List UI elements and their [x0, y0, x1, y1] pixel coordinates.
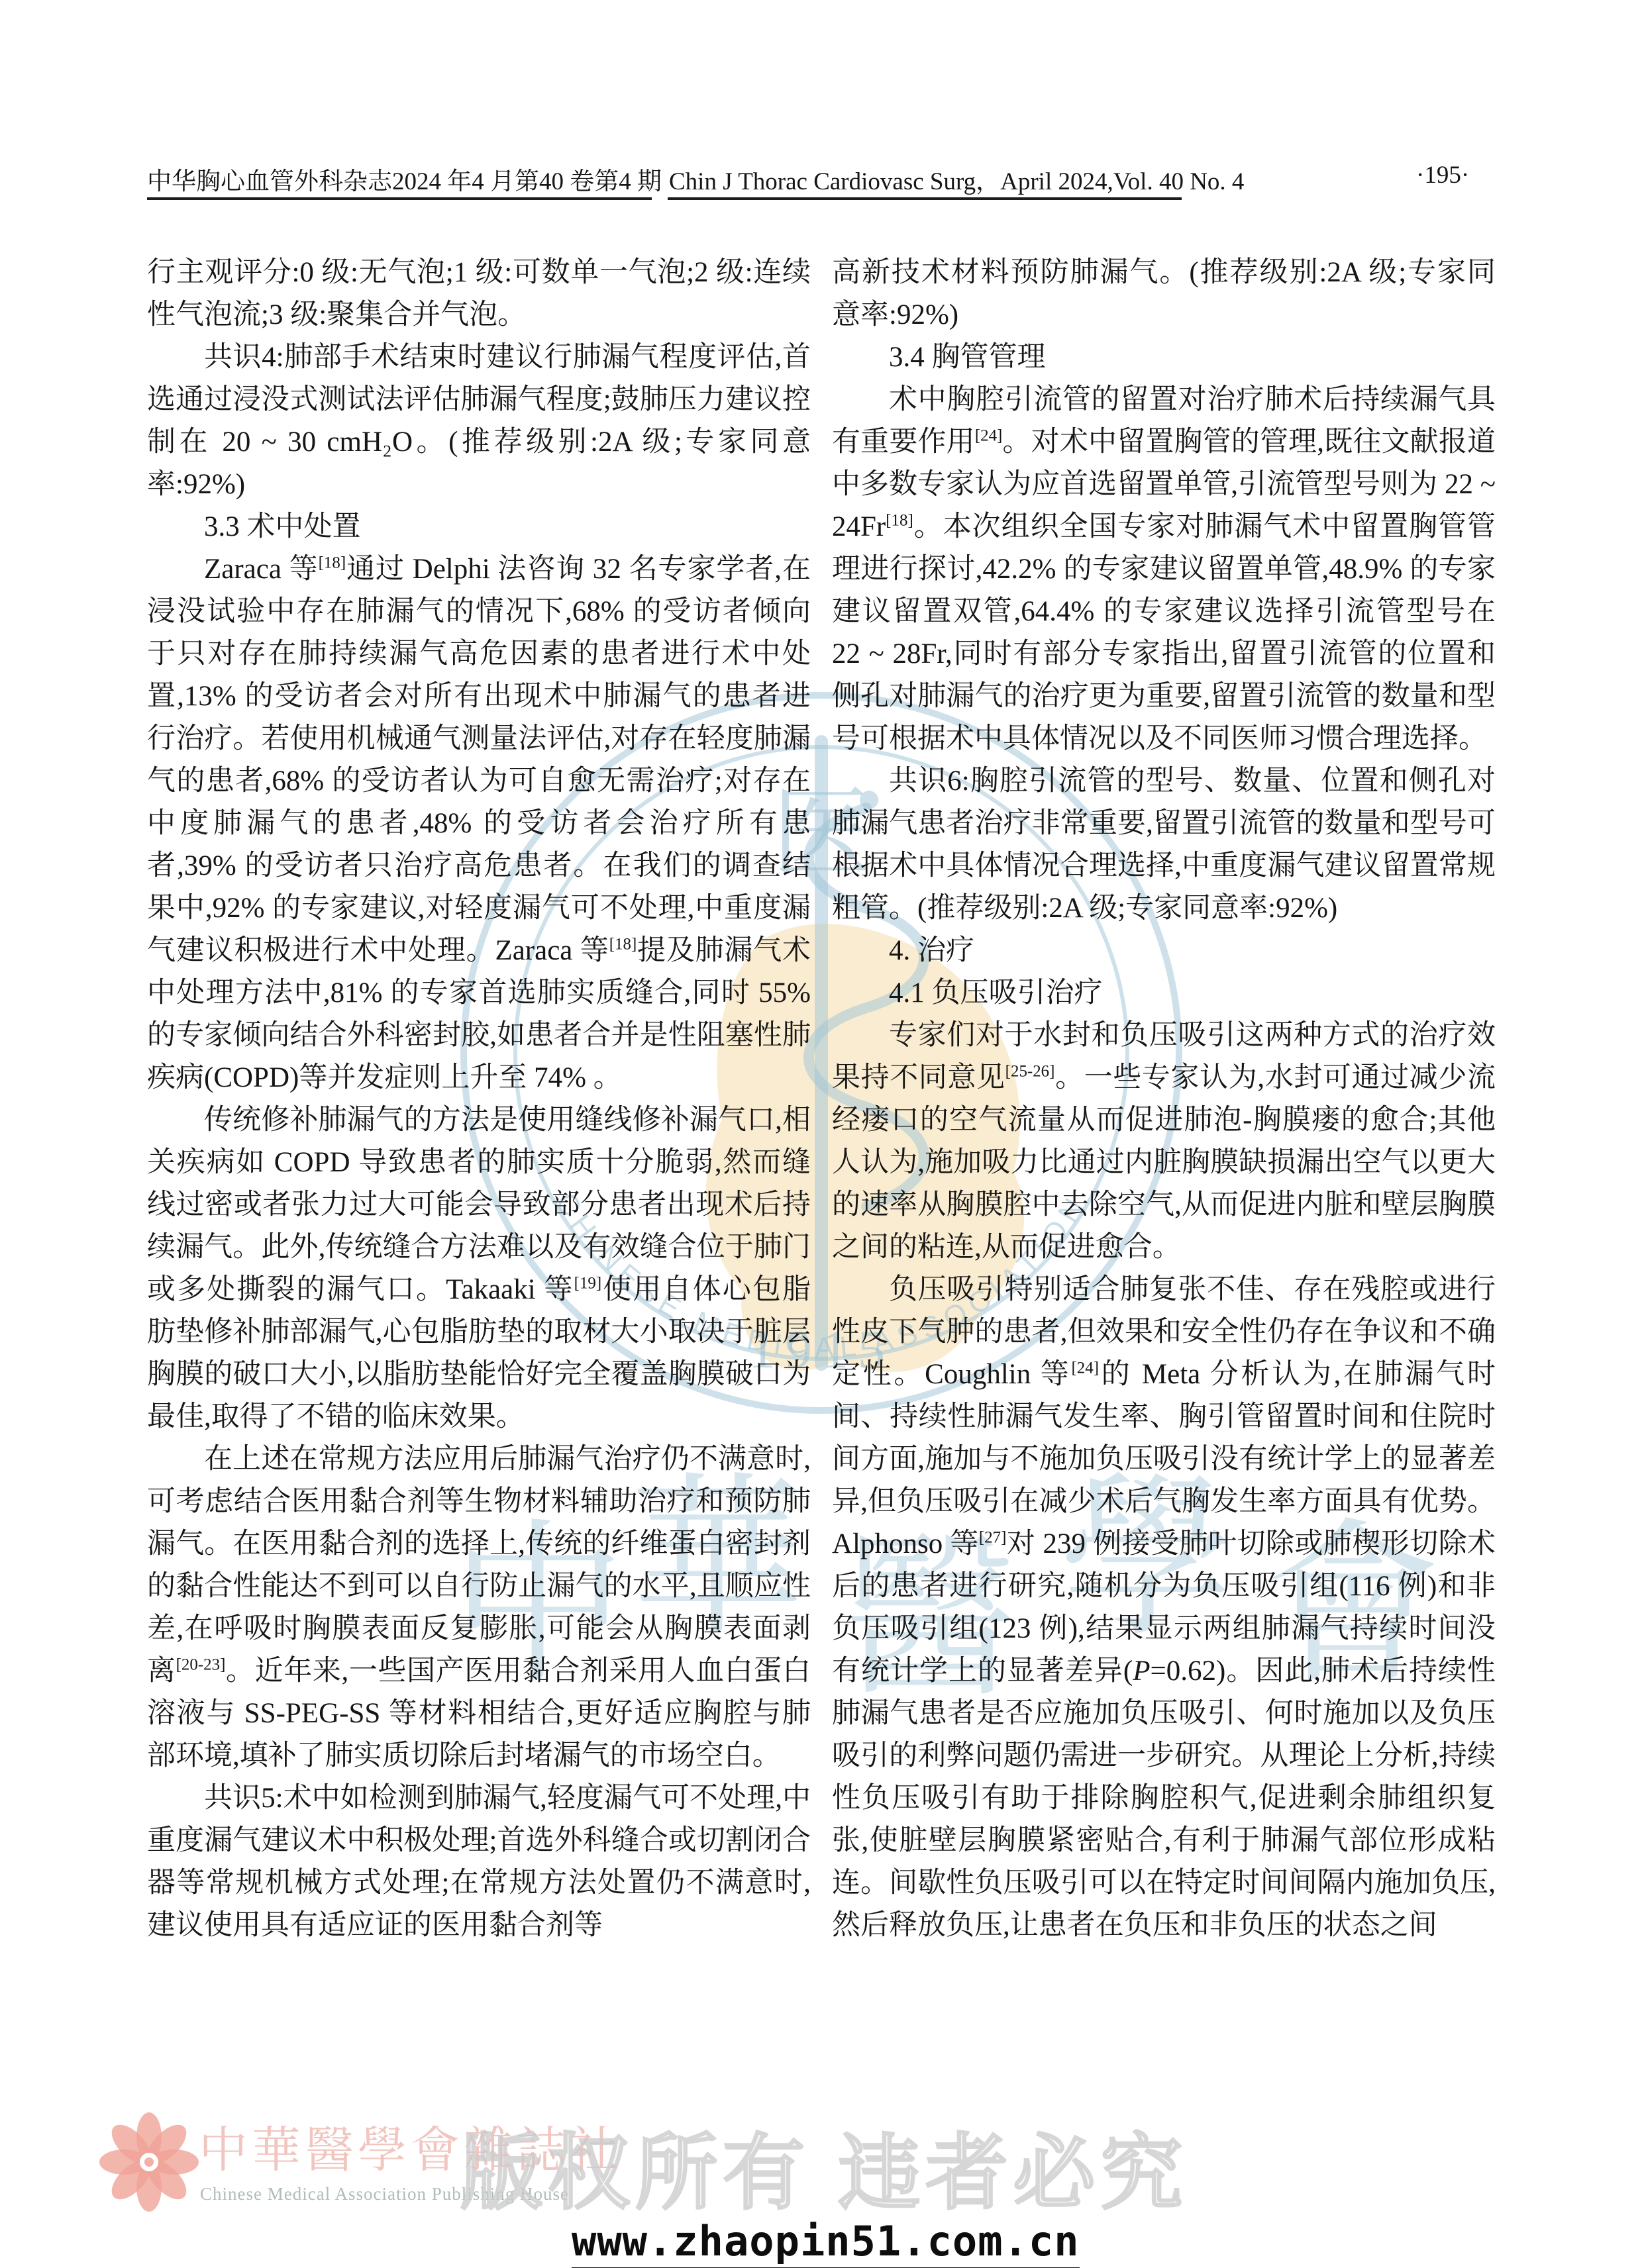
article-column-right: 高新技术材料预防肺漏气。(推荐级别:2A 级;专家同意率:92%)3.4 胸管管… — [832, 252, 1496, 1947]
article-column-left: 行主观评分:0 级:无气泡;1 级:可数单一气泡;2 级:连续性气泡流;3 级:… — [147, 252, 811, 1947]
paragraph: 共识5:术中如检测到肺漏气,轻度漏气可不处理,中重度漏气建议术中积极处理;首选外… — [147, 1777, 811, 1947]
paragraph: 4.1 负压吸引治疗 — [832, 972, 1496, 1014]
paragraph: 共识6:胸腔引流管的型号、数量、位置和侧孔对肺漏气患者治疗非常重要,留置引流管的… — [832, 760, 1496, 930]
paragraph: 专家们对于水封和负压吸引这两种方式的治疗效果持不同意见[25-26]。一些专家认… — [832, 1014, 1496, 1269]
header-rule-left — [147, 197, 652, 200]
reference-superscript: [19] — [574, 1275, 602, 1293]
paragraph: 在上述在常规方法应用后肺漏气治疗仍不满意时,可考虑结合医用黏合剂等生物材料辅助治… — [147, 1438, 811, 1777]
paragraph: 术中胸腔引流管的留置对治疗肺术后持续漏气具有重要作用[24]。对术中留置胸管的管… — [832, 379, 1496, 760]
paragraph: 负压吸引特别适合肺复张不佳、存在残腔或进行性皮下气肿的患者,但效果和安全性仍存在… — [832, 1269, 1496, 1947]
publisher-logo — [99, 2106, 199, 2218]
staff-snake-icon — [815, 735, 828, 1371]
paragraph: 3.4 胸管管理 — [832, 336, 1496, 379]
journal-title-cn: 中华胸心血管外科杂志2024 年4 月第40 卷第4 期 — [147, 161, 662, 197]
reference-superscript: [27] — [979, 1529, 1007, 1547]
journal-title-en: Chin J Thorac Cardiovasc Surg，April 2024… — [669, 161, 1244, 197]
reference-superscript: [24] — [1071, 1359, 1099, 1377]
paragraph: 4. 治疗 — [832, 930, 1496, 972]
reference-superscript: [24] — [975, 427, 1003, 445]
journal-page: 医 1915 CHINESE MEDICAL ASSOCIATION 中 華 醫… — [0, 0, 1642, 2268]
reference-superscript: [18] — [609, 936, 637, 954]
reference-superscript: [18] — [319, 554, 346, 572]
header-rule-right — [668, 197, 1182, 200]
paragraph: 共识4:肺部手术结束时建议行肺漏气程度评估,首选通过浸没式测试法评估肺漏气程度;… — [147, 336, 811, 506]
paragraph: 高新技术材料预防肺漏气。(推荐级别:2A 级;专家同意率:92%) — [832, 252, 1496, 336]
flower-icon — [99, 2112, 199, 2212]
reference-superscript: [25-26] — [1005, 1063, 1055, 1081]
reference-superscript: [18] — [886, 512, 913, 530]
paragraph: 传统修补肺漏气的方法是使用缝线修补漏气口,相关疾病如 COPD 导致患者的肺实质… — [147, 1099, 811, 1438]
paragraph: 3.3 术中处置 — [147, 506, 811, 548]
reference-superscript: [20-23] — [176, 1656, 226, 1674]
site-url-watermark: www.zhaopin51.com.cn — [572, 2217, 1080, 2268]
paragraph: 行主观评分:0 级:无气泡;1 级:可数单一气泡;2 级:连续性气泡流;3 级:… — [147, 252, 811, 336]
copyright-watermark: 版权所有 违者必究 — [460, 2107, 1188, 2225]
page-number: ·195· — [1416, 161, 1469, 189]
paragraph: Zaraca 等[18]通过 Delphi 法咨询 32 名专家学者,在浸没试验… — [147, 548, 811, 1099]
